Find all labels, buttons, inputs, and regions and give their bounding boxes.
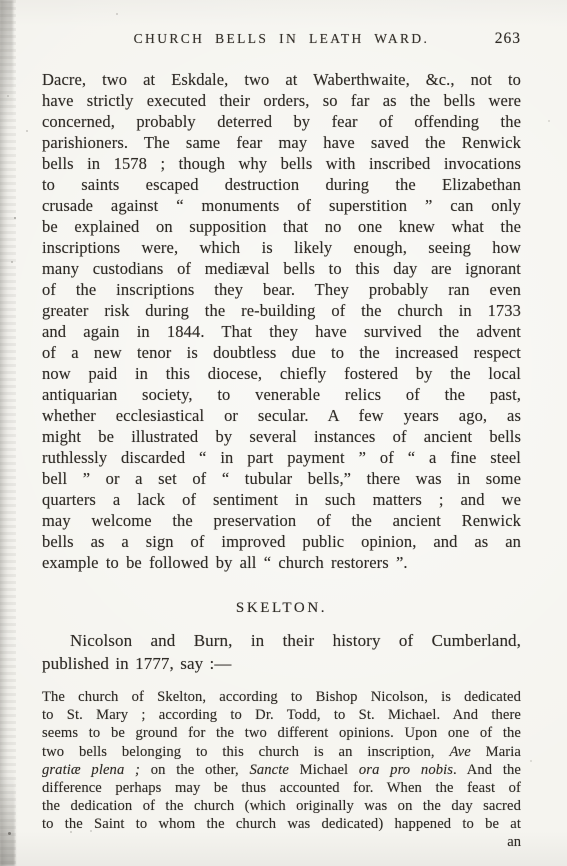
text-segment: may welcome the preservation of the anci… (42, 511, 521, 530)
text-segment: and again in 1844. That they have surviv… (42, 322, 521, 341)
text-line: greater risk during the re-building of t… (42, 300, 521, 321)
text-segment: bells in 1578 ; though why bells with in… (42, 154, 521, 173)
text-segment: might be illustrated by several instance… (42, 427, 521, 446)
text-line: parishioners. The same fear may have sav… (42, 132, 521, 153)
catchword: an (42, 834, 521, 851)
text-segment: . And the (453, 762, 521, 778)
text-segment: to saints escaped destruction during the… (42, 175, 521, 194)
text-segment: greater risk during the re-building of t… (42, 301, 521, 320)
text-line: difference perhaps may be thus accounted… (42, 779, 521, 797)
text-segment: difference perhaps may be thus accounted… (42, 780, 521, 796)
scan-speckle (26, 130, 28, 132)
scan-edge-shadow-top (0, 0, 13, 140)
section-heading-skelton: SKELTON. (42, 599, 521, 618)
text-segment: be explained on supposition that no one … (42, 217, 521, 236)
text-segment: have strictly executed their orders, so … (42, 91, 521, 110)
italic-text-segment: ora pro nobis (359, 762, 453, 778)
italic-text-segment: gratiæ plena ; (42, 762, 140, 778)
scan-speckle (8, 832, 11, 835)
text-segment: parishioners. The same fear may have sav… (42, 133, 521, 152)
paragraph-continuation: Dacre, two at Eskdale, two at Waberthwai… (42, 69, 521, 573)
text-segment: Maria (471, 744, 521, 760)
text-line: of the inscriptions they bear. They prob… (42, 279, 521, 300)
intro-paragraph: Nicolson and Burn, in their history of C… (42, 630, 521, 675)
scanned-book-page: CHURCH BELLS IN LEATH WARD. 263 Dacre, t… (0, 0, 567, 866)
text-line: many custodians of mediæval bells to thi… (42, 258, 521, 279)
text-line: may welcome the preservation of the anci… (42, 510, 521, 531)
text-segment: many custodians of mediæval bells to thi… (42, 259, 521, 278)
text-line: two bells belonging to this church is an… (42, 743, 521, 761)
text-line: bells as a sign of improved public opini… (42, 531, 521, 552)
text-segment: example to be followed by all “ church r… (42, 553, 408, 572)
text-segment: now paid in this diocese, chiefly foster… (42, 364, 521, 383)
text-line: gratiæ plena ; on the other, Sancte Mich… (42, 761, 521, 779)
text-line: antiquarian society, to venerable relics… (42, 384, 521, 405)
text-line: to the Saint to whom the church was dedi… (42, 815, 521, 833)
text-line: now paid in this diocese, chiefly foster… (42, 363, 521, 384)
text-line: might be illustrated by several instance… (42, 426, 521, 447)
text-line: crusade against “ monuments of superstit… (42, 195, 521, 216)
text-segment: bells as a sign of improved public opini… (42, 532, 521, 551)
text-line: Nicolson and Burn, in their history of C… (42, 630, 521, 653)
scan-speckle (548, 120, 550, 122)
text-segment: ruthlessly discarded “ in part payment ”… (42, 448, 521, 467)
text-segment: on the other, (140, 762, 249, 778)
page-header-title: CHURCH BELLS IN LEATH WARD. (42, 31, 521, 47)
text-segment: Nicolson and Burn, in their history of C… (70, 631, 521, 650)
text-segment: published in 1777, say :— (42, 654, 231, 673)
text-segment: antiquarian society, to venerable relics… (42, 385, 521, 404)
text-segment: the dedication of the church (which orig… (42, 798, 521, 814)
text-segment: seems to be ground for the two different… (42, 725, 521, 741)
text-line: to St. Mary ; according to Dr. Todd, to … (42, 706, 521, 724)
text-line: have strictly executed their orders, so … (42, 90, 521, 111)
text-line: seems to be ground for the two different… (42, 724, 521, 742)
text-line: Dacre, two at Eskdale, two at Waberthwai… (42, 69, 521, 90)
text-segment: inscriptions were, which is likely enoug… (42, 238, 521, 257)
text-segment: crusade against “ monuments of superstit… (42, 196, 521, 215)
text-segment: of the inscriptions they bear. They prob… (42, 280, 521, 299)
scan-speckle (530, 760, 532, 762)
text-line: the dedication of the church (which orig… (42, 797, 521, 815)
scan-speckle (11, 261, 13, 263)
text-segment: quarters a lack of sentiment in such mat… (42, 490, 521, 509)
scan-speckle (14, 217, 16, 219)
text-line: bells in 1578 ; though why bells with in… (42, 153, 521, 174)
text-line: concerned, probably deterred by fear of … (42, 111, 521, 132)
text-segment: concerned, probably deterred by fear of … (42, 112, 521, 131)
text-line: The church of Skelton, according to Bish… (42, 688, 521, 706)
scan-speckle (7, 95, 9, 97)
text-segment: of a new tenor is doubtless due to the i… (42, 343, 521, 362)
text-segment: Michael (289, 762, 359, 778)
scan-speckle (116, 13, 118, 15)
italic-text-segment: Ave (449, 744, 470, 760)
text-segment: to St. Mary ; according to Dr. Todd, to … (42, 707, 521, 723)
running-header: CHURCH BELLS IN LEATH WARD. 263 (42, 31, 521, 51)
text-line: whether ecclesiastical or secular. A few… (42, 405, 521, 426)
text-line: inscriptions were, which is likely enoug… (42, 237, 521, 258)
text-segment: whether ecclesiastical or secular. A few… (42, 406, 521, 425)
text-line: to saints escaped destruction during the… (42, 174, 521, 195)
text-line: example to be followed by all “ church r… (42, 552, 521, 573)
text-segment: two bells belonging to this church is an… (42, 744, 449, 760)
quoted-extract: The church of Skelton, according to Bish… (42, 688, 521, 834)
text-segment: to the Saint to whom the church was dedi… (42, 816, 521, 832)
italic-text-segment: Sancte (249, 762, 289, 778)
text-line: ruthlessly discarded “ in part payment ”… (42, 447, 521, 468)
scan-edge-shadow-bottom (0, 756, 15, 866)
text-line: and again in 1844. That they have surviv… (42, 321, 521, 342)
text-line: be explained on supposition that no one … (42, 216, 521, 237)
text-line: bell ” or a set of “ tubular bells,” the… (42, 468, 521, 489)
text-segment: bell ” or a set of “ tubular bells,” the… (42, 469, 521, 488)
text-segment: The church of Skelton, according to Bish… (42, 689, 521, 705)
page-number: 263 (495, 30, 521, 48)
text-segment: Dacre, two at Eskdale, two at Waberthwai… (42, 70, 521, 89)
text-line: published in 1777, say :— (42, 653, 521, 676)
text-column: Dacre, two at Eskdale, two at Waberthwai… (42, 69, 521, 851)
text-line: of a new tenor is doubtless due to the i… (42, 342, 521, 363)
text-line: quarters a lack of sentiment in such mat… (42, 489, 521, 510)
